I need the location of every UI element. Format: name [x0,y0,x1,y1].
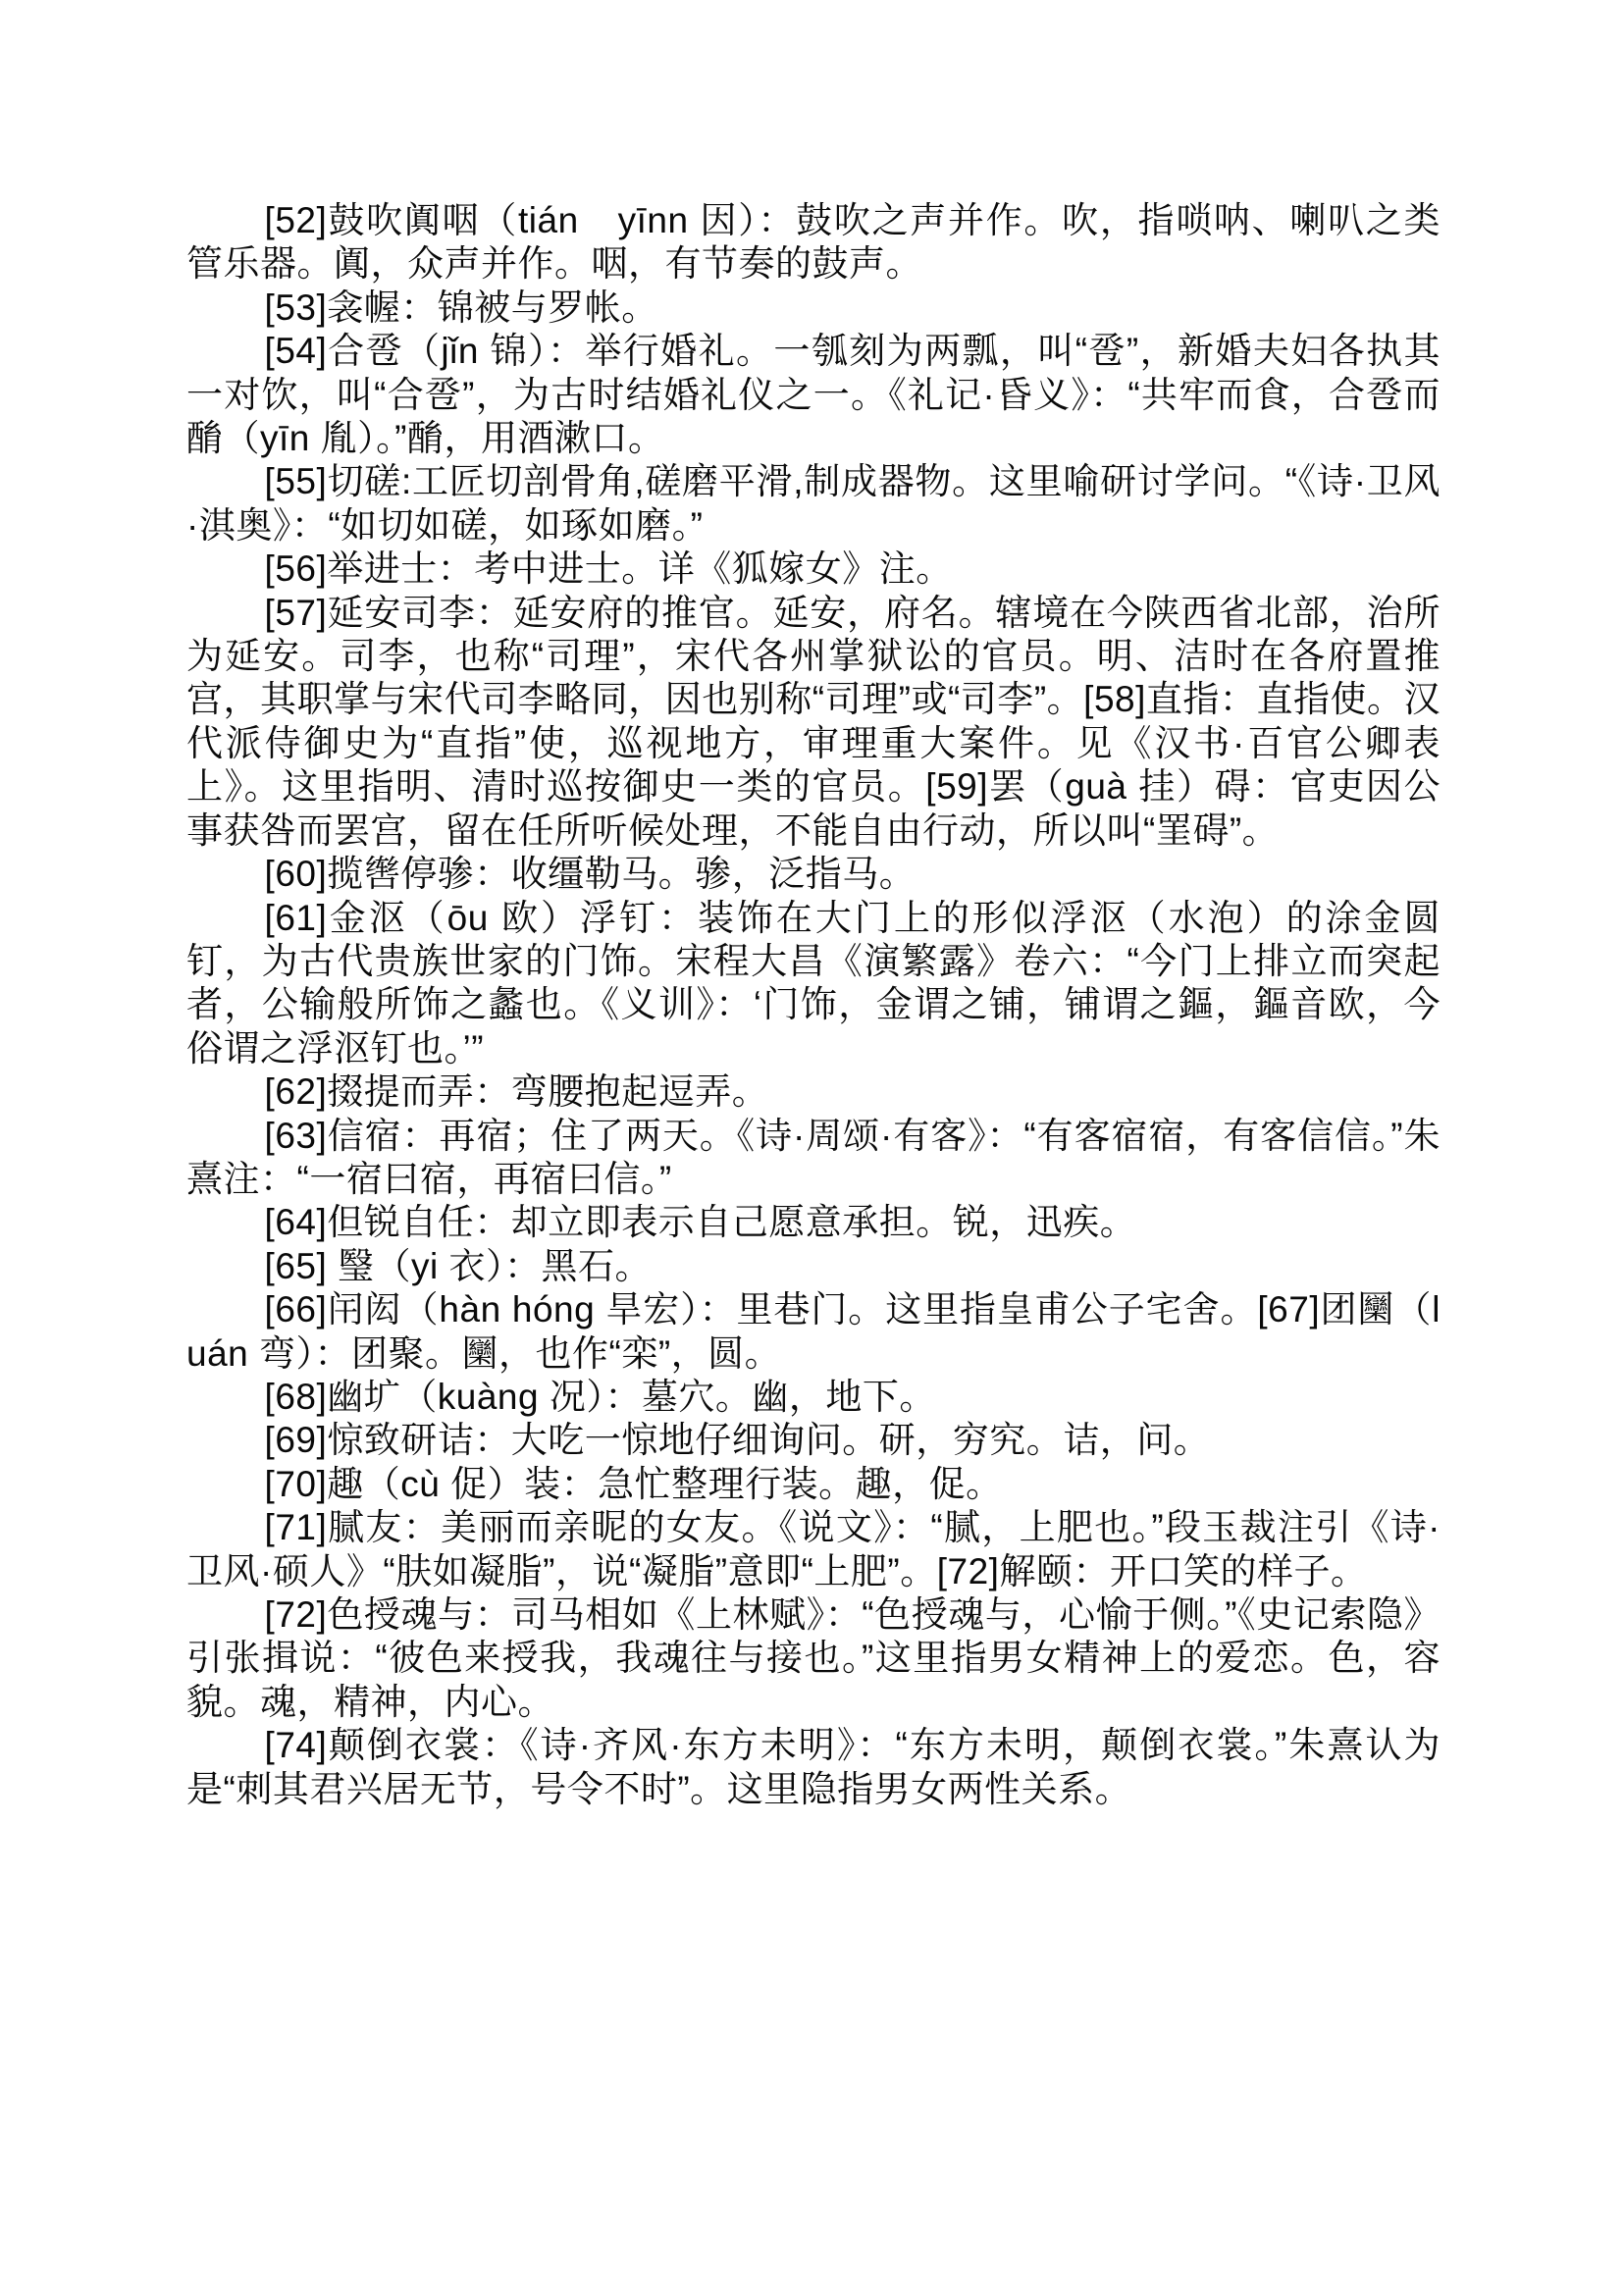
note-paragraph: [65] 瑿（yi 衣）：黑石。 [186,1245,1441,1288]
note-paragraph: [66]闬闳（hàn hóng 旱宏）：里巷门。这里指皇甫公子宅舍。[67]团圞… [186,1288,1441,1376]
note-paragraph: [53]衾幄：锦被与罗帐。 [186,287,1441,330]
note-paragraph: [60]揽辔停骖：收缰勒马。骖，泛指马。 [186,853,1441,896]
note-paragraph: [54]合卺（jǐn 锦）：举行婚礼。一瓠刻为两瓢，叫“卺”，新婚夫妇各执其一对… [186,330,1441,460]
note-paragraph: [69]惊致研诘：大吃一惊地仔细询问。研，穷究。诘，问。 [186,1419,1441,1462]
note-paragraph: [64]但锐自任：却立即表示自己愿意承担。锐，迅疾。 [186,1201,1441,1244]
note-paragraph: [74]颠倒衣裳：《诗·齐风·东方未明》：“东方未明，颠倒衣裳。”朱熹认为是“刺… [186,1724,1441,1811]
note-paragraph: [56]举进士：考中进士。详《狐嫁女》注。 [186,547,1441,591]
note-paragraph: [68]幽圹（kuàng 况）：墓穴。幽，地下。 [186,1376,1441,1419]
note-paragraph: [62]掇提而弄：弯腰抱起逗弄。 [186,1070,1441,1114]
note-paragraph: [52]鼓吹阗咽（tián yīnn 因）：鼓吹之声并作。吹，指唢呐、喇叭之类管… [186,199,1441,287]
note-paragraph: [71]腻友：美丽而亲昵的女友。《说文》：“腻，上肥也。”段玉裁注引《诗·卫风·… [186,1506,1441,1593]
note-paragraph: [72]色授魂与：司马相如《上林赋》：“色授魂与，心愉于侧。”《史记索隐》引张揖… [186,1593,1441,1724]
note-paragraph: [57]延安司李：延安府的推官。延安，府名。辖境在今陕西省北部，治所为延安。司李… [186,592,1441,853]
note-paragraph: [55]切磋:工匠切剖骨角,磋磨平滑,制成器物。这里喻研讨学问。“《诗·卫风·淇… [186,460,1441,547]
notes-container: [52]鼓吹阗咽（tián yīnn 因）：鼓吹之声并作。吹，指唢呐、喇叭之类管… [186,199,1441,1811]
document-page: [52]鼓吹阗咽（tián yīnn 因）：鼓吹之声并作。吹，指唢呐、喇叭之类管… [0,0,1624,2294]
note-paragraph: [63]信宿：再宿；住了两天。《诗·周颂·有客》：“有客宿宿，有客信信。”朱熹注… [186,1115,1441,1202]
note-paragraph: [61]金沤（ōu 欧）浮钉：装饰在大门上的形似浮沤（水泡）的涂金圆钉，为古代贵… [186,897,1441,1071]
note-paragraph: [70]趣（cù 促）装：急忙整理行装。趣，促。 [186,1463,1441,1506]
